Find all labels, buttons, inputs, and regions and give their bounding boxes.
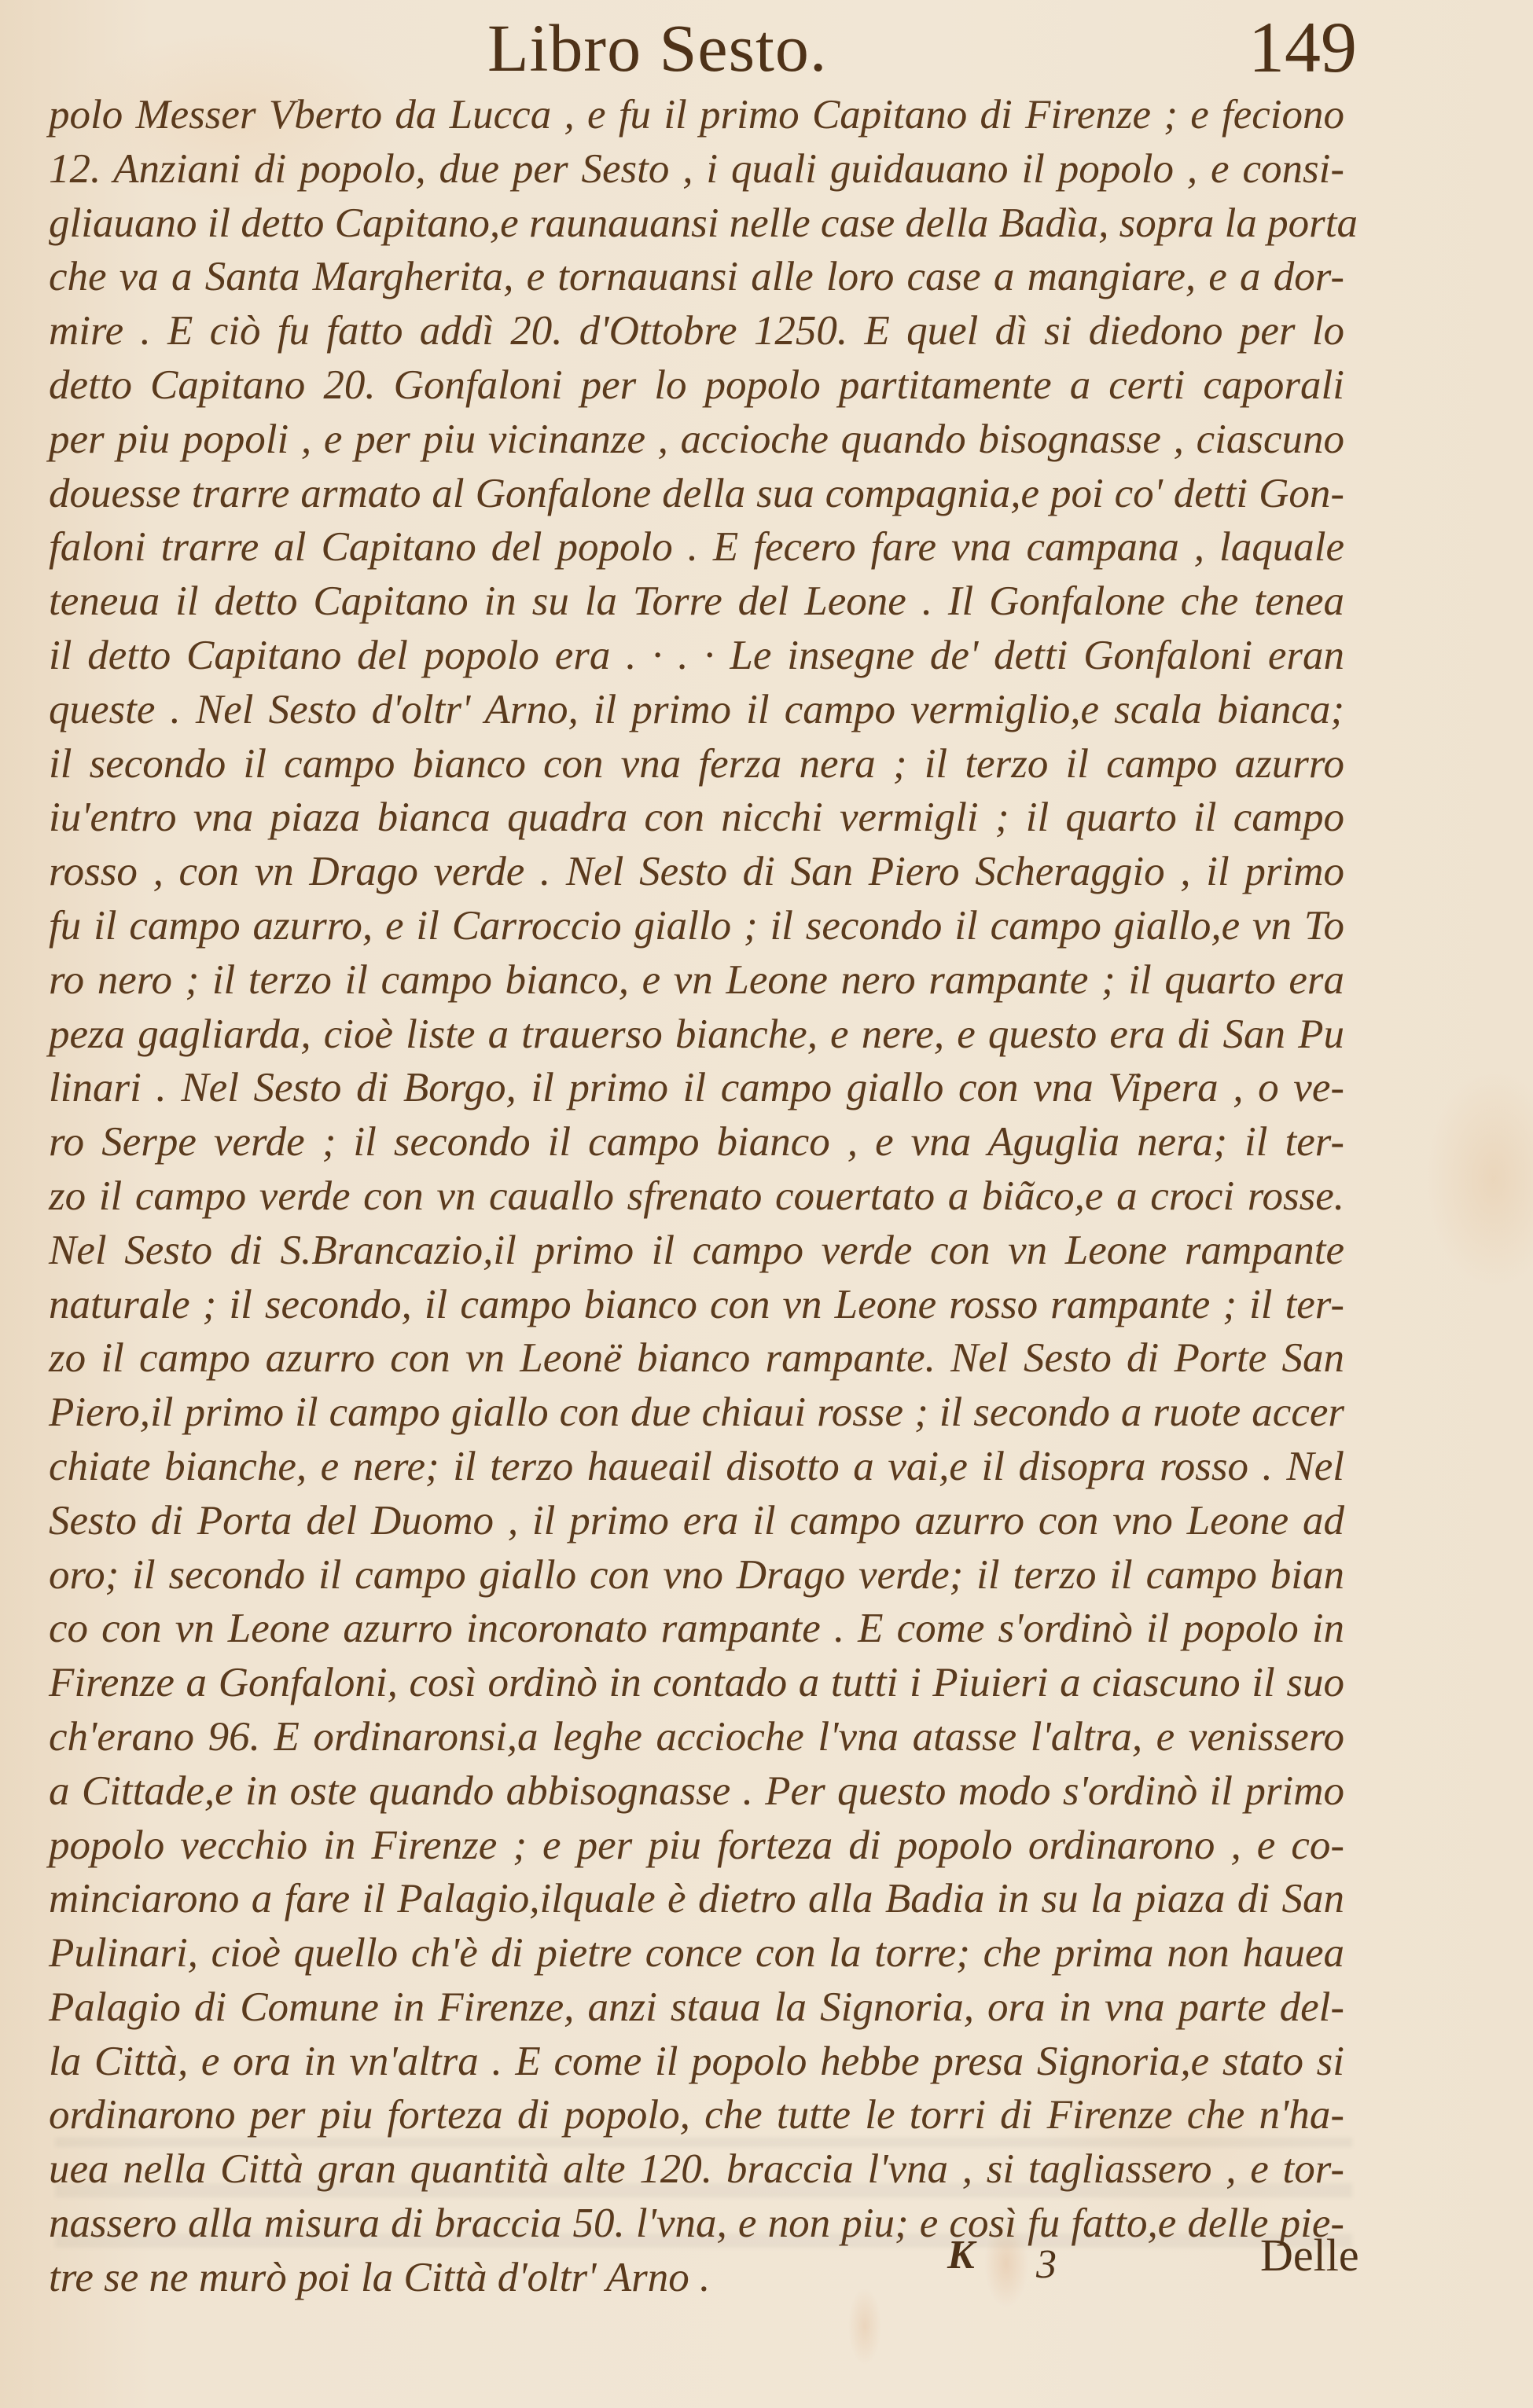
text-line: popolo vecchio in Firenze ; e per piu fo… [49,1819,1344,1873]
text-line: faloni trarre al Capitano del popolo . E… [49,520,1344,574]
text-line: che va a Santa Margherita, e tornauansi … [49,250,1344,304]
text-line: peza gagliarda, cioè liste a trauerso bi… [49,1008,1344,1062]
text-line: per piu popoli , e per piu vicinanze , a… [49,413,1344,467]
book-page: Libro Sesto. 149 polo Messer Vberto da L… [0,0,1533,2408]
text-line: la Città, e ora in vn'altra . E come il … [49,2035,1344,2089]
text-line: gliauano il detto Capitano,e raunauansi … [49,196,1344,251]
text-line: mire . E ciò fu fatto addì 20. d'Ottobre… [49,304,1344,358]
text-line: rosso , con vn Drago verde . Nel Sesto d… [49,845,1344,899]
page-number: 149 [1248,11,1357,83]
text-line: Firenze a Gonfaloni, così ordinò in cont… [49,1656,1344,1710]
running-title: Libro Sesto. [487,14,827,82]
text-line: ro Serpe verde ; il secondo il campo bia… [49,1115,1344,1169]
text-line: iu'entro vna piaza bianca quadra con nic… [49,791,1344,845]
text-line: ordinarono per piu forteza di popolo, ch… [49,2088,1344,2142]
text-line: ro nero ; il terzo il campo bianco, e vn… [49,953,1344,1008]
text-line: queste . Nel Sesto d'oltr' Arno, il prim… [49,683,1344,737]
text-line: minciarono a fare il Palagio,ilquale è d… [49,1872,1344,1926]
page-footer: K 3 Delle [0,2232,1533,2295]
text-line: naturale ; il secondo, il campo bianco c… [49,1278,1344,1332]
text-line: a Cittade,e in oste quando abbisognasse … [49,1764,1344,1819]
text-line: oro; il secondo il campo giallo con vno … [49,1548,1344,1602]
catchword: Delle [1260,2229,1359,2281]
text-line: zo il campo verde con vn cauallo sfrenat… [49,1169,1344,1224]
text-line: Sesto di Porta del Duomo , il primo era … [49,1494,1344,1548]
signature-mark: K [947,2232,975,2278]
text-line: polo Messer Vberto da Lucca , e fu il pr… [49,88,1344,142]
text-line: ch'erano 96. E ordinaronsi,a leghe accio… [49,1710,1344,1764]
text-line: il secondo il campo bianco con vna ferza… [49,737,1344,791]
text-line: chiate bianche, e nere; il terzo haueail… [49,1440,1344,1494]
text-line: zo il campo azurro con vn Leonë bianco r… [49,1331,1344,1386]
body-text: polo Messer Vberto da Lucca , e fu il pr… [49,88,1344,2305]
text-line: Nel Sesto di S.Brancazio,il primo il cam… [49,1224,1344,1278]
text-line: linari . Nel Sesto di Borgo, il primo il… [49,1061,1344,1115]
text-line: Palagio di Comune in Firenze, anzi staua… [49,1980,1344,2035]
text-line: 12. Anziani di popolo, due per Sesto , i… [49,142,1344,196]
text-line: detto Capitano 20. Gonfaloni per lo popo… [49,358,1344,413]
text-line: co con vn Leone azurro incoronato rampan… [49,1602,1344,1656]
text-line: Pulinari, cioè quello ch'è di pietre con… [49,1926,1344,1980]
text-line: teneua il detto Capitano in su la Torre … [49,574,1344,629]
signature-number: 3 [1036,2241,1057,2288]
text-line: Piero,il primo il campo giallo con due c… [49,1386,1344,1440]
text-line: douesse trarre armato al Gonfalone della… [49,467,1344,521]
text-line: il detto Capitano del popolo era . · . ·… [49,629,1344,683]
text-line: fu il campo azurro, e il Carroccio giall… [49,899,1344,953]
bleed-through-shadow [55,2138,1352,2248]
